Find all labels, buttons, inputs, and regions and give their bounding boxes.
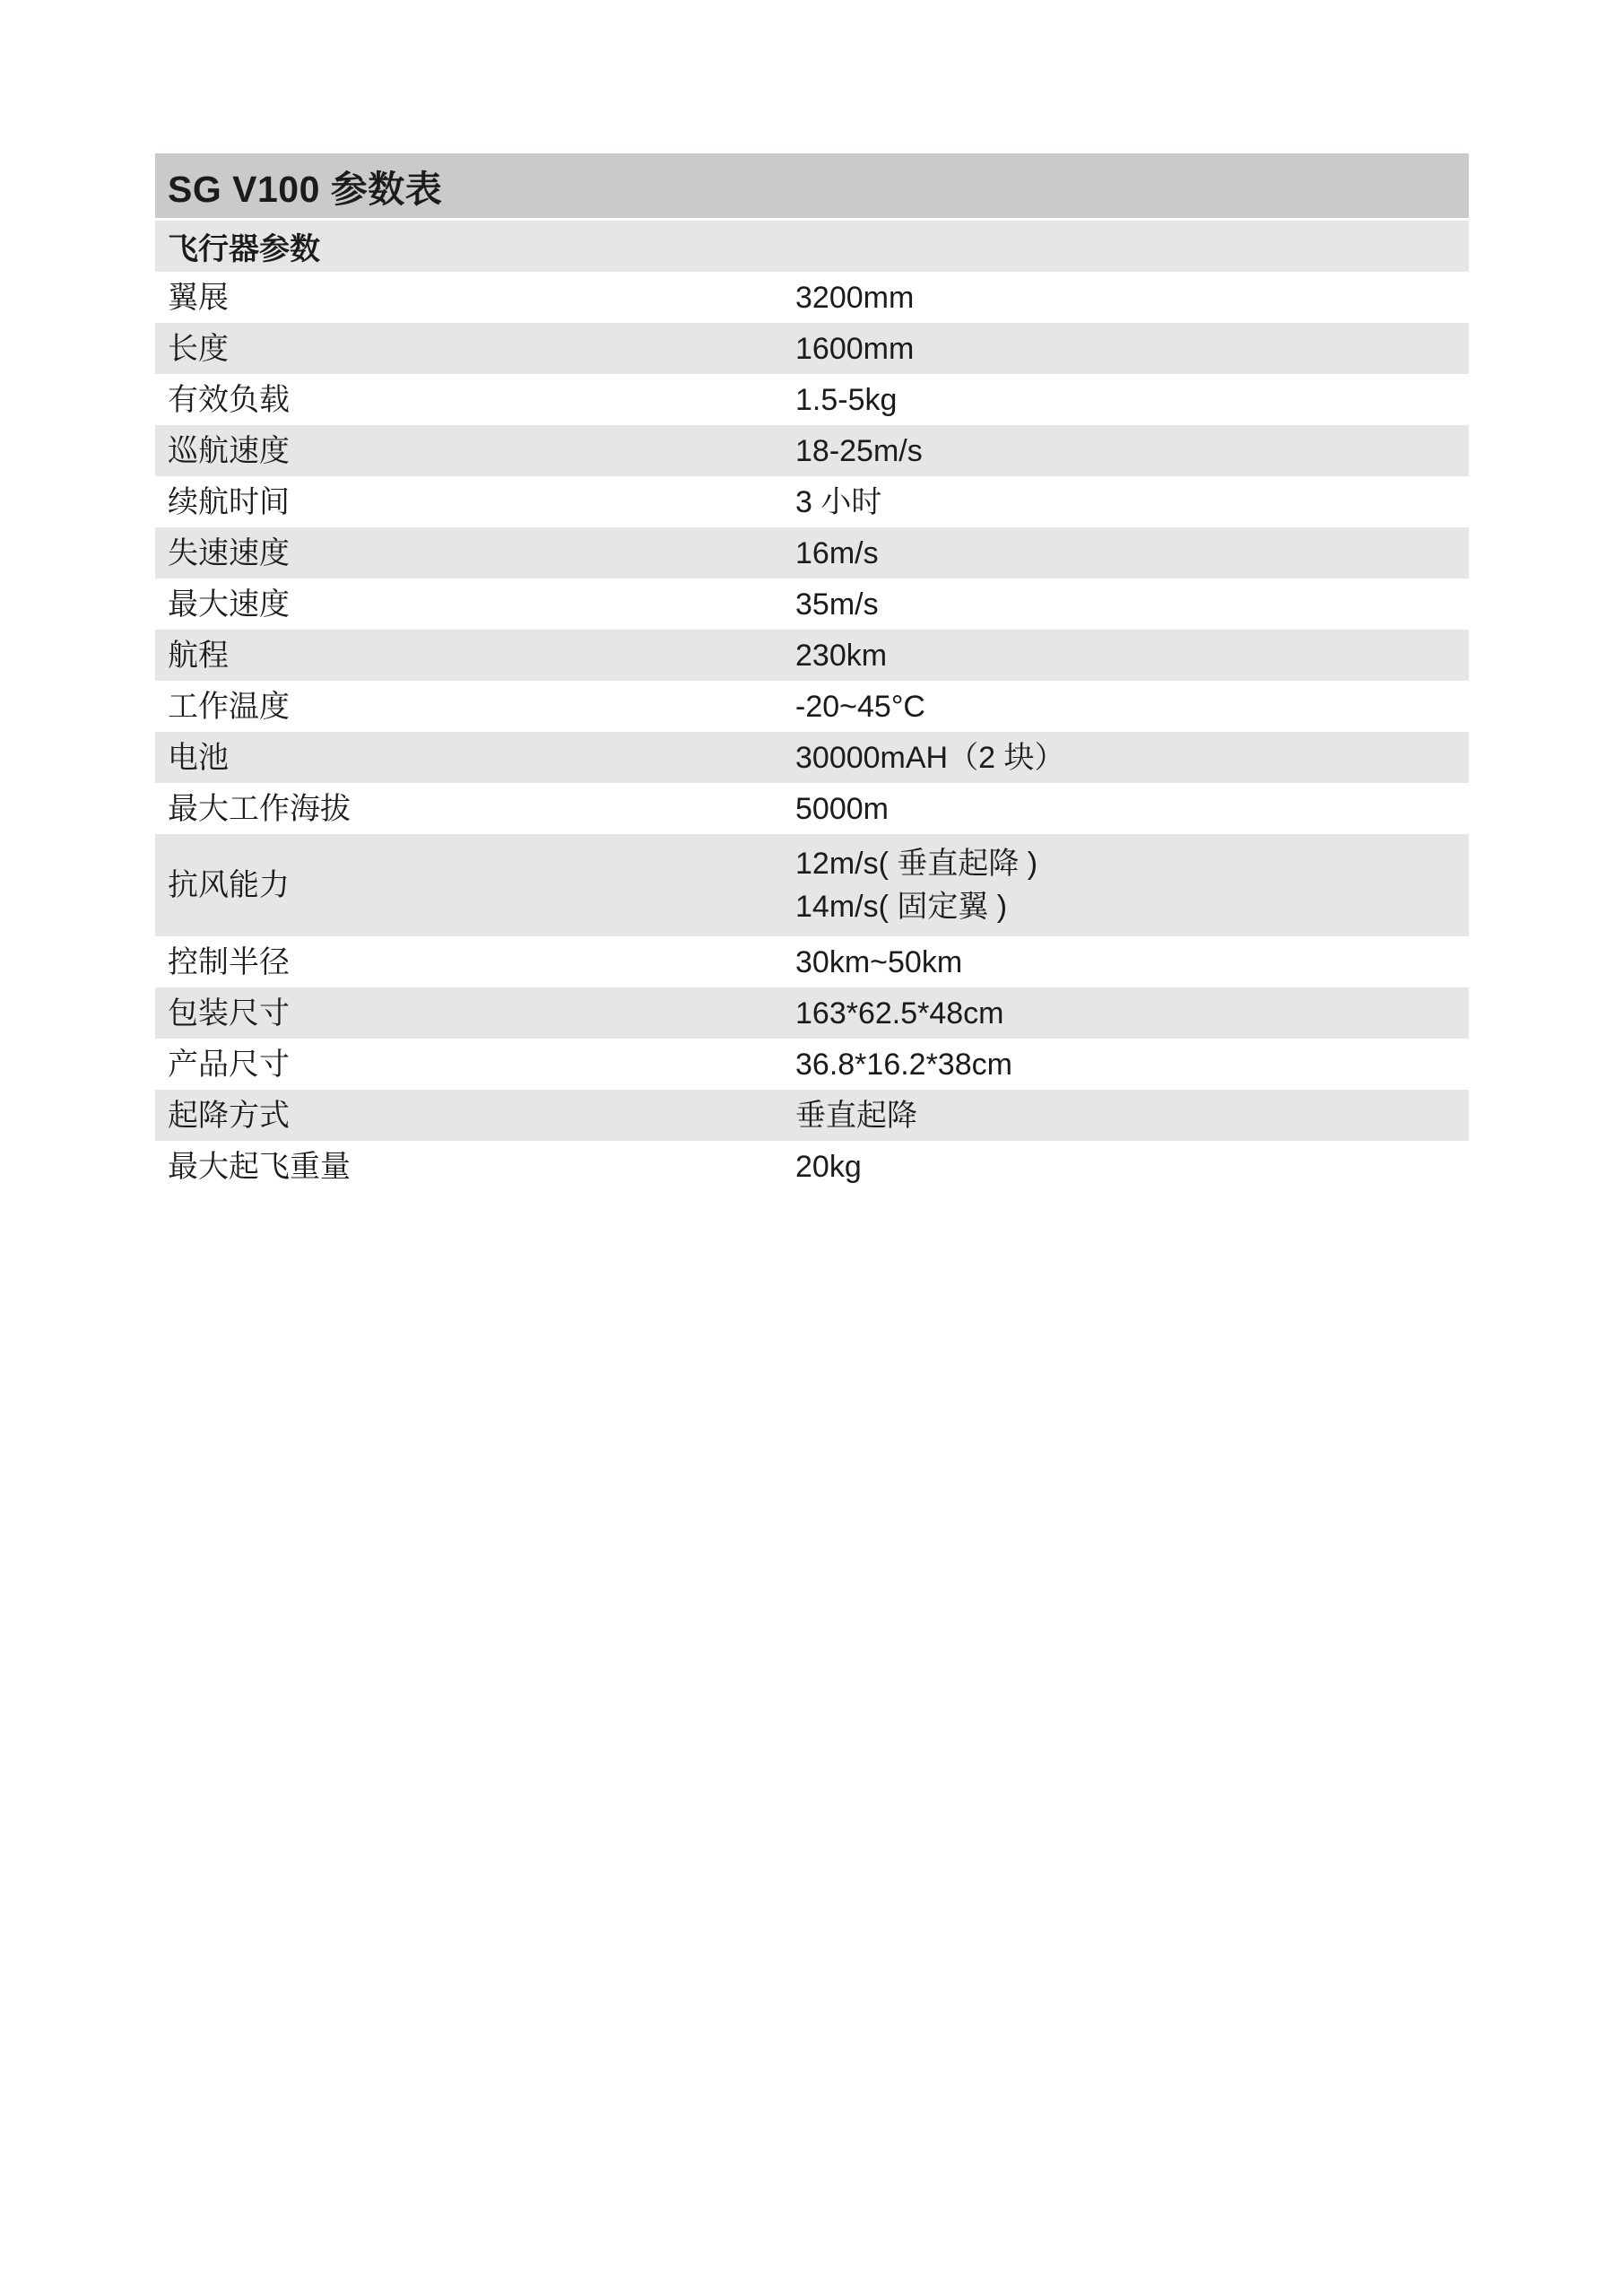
row-value-line: 3200mm xyxy=(795,276,1469,319)
table-row: 长度 1600mm xyxy=(155,323,1469,374)
row-value: 230km xyxy=(795,634,1469,677)
table-title: SG V100 参数表 xyxy=(168,160,442,213)
row-value-line: 230km xyxy=(795,634,1469,677)
row-value: 1.5-5kg xyxy=(795,378,1469,422)
row-value: 35m/s xyxy=(795,583,1469,626)
row-value-line: 35m/s xyxy=(795,583,1469,626)
table-row: 有效负载 1.5-5kg xyxy=(155,374,1469,425)
row-value-line: 163*62.5*48cm xyxy=(795,992,1469,1035)
table-row: 最大工作海拔 5000m xyxy=(155,783,1469,834)
row-value: 16m/s xyxy=(795,532,1469,575)
row-value-line: -20~45°C xyxy=(795,685,1469,728)
row-value-line: 20kg xyxy=(795,1145,1469,1188)
row-label: 巡航速度 xyxy=(155,430,795,473)
row-value-line: 30km~50km xyxy=(795,941,1469,984)
row-value-line: 1.5-5kg xyxy=(795,378,1469,422)
table-row: 控制半径 30km~50km xyxy=(155,936,1469,987)
row-value: 5000m xyxy=(795,787,1469,831)
row-value: 30km~50km xyxy=(795,941,1469,984)
row-label: 起降方式 xyxy=(155,1094,795,1137)
row-value-line: 1600mm xyxy=(795,327,1469,370)
table-row: 工作温度 -20~45°C xyxy=(155,681,1469,732)
row-value-line: 30000mAH（2 块） xyxy=(795,736,1469,779)
row-value-line: 3 小时 xyxy=(795,481,1469,524)
row-value-line: 5000m xyxy=(795,787,1469,831)
row-value: 3 小时 xyxy=(795,481,1469,524)
row-value: 12m/s( 垂直起降 )14m/s( 固定翼 ) xyxy=(795,842,1469,928)
table-row: 续航时间 3 小时 xyxy=(155,476,1469,527)
row-label: 包装尺寸 xyxy=(155,992,795,1035)
row-value: 163*62.5*48cm xyxy=(795,992,1469,1035)
row-label: 抗风能力 xyxy=(155,864,795,907)
table-row: 翼展 3200mm xyxy=(155,272,1469,323)
row-value: 1600mm xyxy=(795,327,1469,370)
row-value: -20~45°C xyxy=(795,685,1469,728)
row-label: 最大速度 xyxy=(155,583,795,626)
row-label: 长度 xyxy=(155,327,795,370)
row-value: 18-25m/s xyxy=(795,430,1469,473)
row-value: 36.8*16.2*38cm xyxy=(795,1043,1469,1086)
table-row: 失速速度 16m/s xyxy=(155,527,1469,578)
row-value: 垂直起降 xyxy=(795,1094,1469,1137)
row-value-line: 14m/s( 固定翼 ) xyxy=(795,885,1469,928)
table-row: 包装尺寸 163*62.5*48cm xyxy=(155,987,1469,1039)
row-value: 3200mm xyxy=(795,276,1469,319)
table-row: 抗风能力 12m/s( 垂直起降 )14m/s( 固定翼 ) xyxy=(155,834,1469,936)
row-label: 有效负载 xyxy=(155,378,795,422)
row-label: 最大工作海拔 xyxy=(155,787,795,831)
table-row: 最大速度 35m/s xyxy=(155,578,1469,630)
table-row: 巡航速度 18-25m/s xyxy=(155,425,1469,476)
section-header-band: 飞行器参数 xyxy=(155,221,1469,272)
table-row: 电池 30000mAH（2 块） xyxy=(155,732,1469,783)
row-value: 20kg xyxy=(795,1145,1469,1188)
row-label: 航程 xyxy=(155,634,795,677)
row-label: 续航时间 xyxy=(155,481,795,524)
row-label: 控制半径 xyxy=(155,941,795,984)
table-row: 航程 230km xyxy=(155,630,1469,681)
row-value-line: 18-25m/s xyxy=(795,430,1469,473)
row-label: 翼展 xyxy=(155,276,795,319)
row-value-line: 36.8*16.2*38cm xyxy=(795,1043,1469,1086)
row-value-line: 垂直起降 xyxy=(795,1094,1469,1137)
table-title-band: SG V100 参数表 xyxy=(155,153,1469,218)
row-value-line: 16m/s xyxy=(795,532,1469,575)
spec-rows: 翼展 3200mm 长度 1600mm 有效负载 1.5-5kg 巡航速度 18… xyxy=(155,272,1469,1192)
row-label: 产品尺寸 xyxy=(155,1043,795,1086)
row-label: 最大起飞重量 xyxy=(155,1145,795,1188)
row-label: 失速速度 xyxy=(155,532,795,575)
spec-table: SG V100 参数表 飞行器参数 翼展 3200mm 长度 1600mm 有效… xyxy=(155,153,1469,1192)
table-row: 起降方式 垂直起降 xyxy=(155,1090,1469,1141)
table-row: 产品尺寸 36.8*16.2*38cm xyxy=(155,1039,1469,1090)
table-row: 最大起飞重量 20kg xyxy=(155,1141,1469,1192)
section-header-label: 飞行器参数 xyxy=(168,224,320,268)
row-value-line: 12m/s( 垂直起降 ) xyxy=(795,842,1469,885)
row-value: 30000mAH（2 块） xyxy=(795,736,1469,779)
row-label: 工作温度 xyxy=(155,685,795,728)
row-label: 电池 xyxy=(155,736,795,779)
